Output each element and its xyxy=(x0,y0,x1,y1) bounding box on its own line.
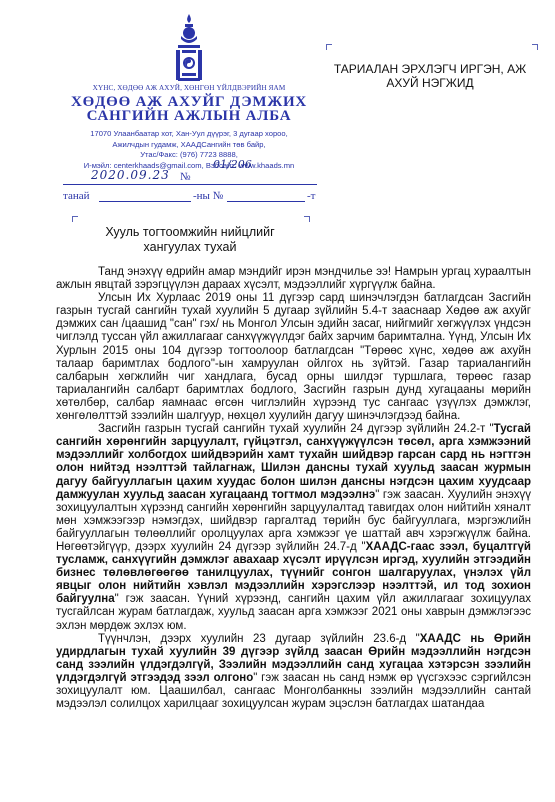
addressee-bracket-left xyxy=(326,44,332,50)
number-label: № xyxy=(180,171,191,183)
your-number-blank xyxy=(227,190,305,202)
yours-label: танай xyxy=(63,190,89,202)
text-span: " гэж заасан. Үүний хүрээнд, сангийн цах… xyxy=(56,593,531,631)
addressee-line1: ТАРИАЛАН ЭРХЛЭГЧ ИРГЭН, АЖ xyxy=(320,62,540,76)
address-line: Ажилчдын гудамж, ХААДСангийн төв байр, xyxy=(58,140,320,151)
your-date-blank xyxy=(99,190,191,202)
text-span: Засгийн газрын тусгай сангийн тухай хуул… xyxy=(98,423,494,435)
paragraph-debt: Түүнчлэн, дээрх хуулийн 23 дугаар зүйлий… xyxy=(56,633,531,712)
org-name-line2: САНГИЙН АЖЛЫН АЛБА xyxy=(58,109,320,123)
letter-number: 01/206 xyxy=(213,158,252,171)
subject: Хууль тогтоомжийн нийцлийг хангуулах тух… xyxy=(70,225,310,255)
addressee: ТАРИАЛАН ЭРХЛЭГЧ ИРГЭН, АЖ АХУЙ НЭГЖИД xyxy=(320,62,540,90)
paragraph-greeting: Танд энэхүү өдрийн амар мэндийг ирэн мэн… xyxy=(56,266,531,292)
phone-line: Утас/Факс: (976) 7723 8888, xyxy=(58,150,320,161)
addressee-line2: АХУЙ НЭГЖИД xyxy=(320,76,540,90)
subject-bracket-left xyxy=(72,216,78,222)
ministry-name: ХҮНС, ХӨДӨӨ АЖ АХУЙ, ХӨНГӨН ҮЙЛДВЭРИЙН Я… xyxy=(58,84,320,92)
your-reference-line: танай -ны № -т xyxy=(63,190,317,204)
yours-mid-label: -ны № xyxy=(193,190,223,202)
subject-line2: хангуулах тухай xyxy=(70,240,310,255)
paragraph-law-basis: Улсын Их Хурлаас 2019 оны 11 дүгээр сард… xyxy=(56,292,531,423)
paragraph-transparency: Засгийн газрын тусгай сангийн тухай хуул… xyxy=(56,423,531,633)
subject-line1: Хууль тогтоомжийн нийцлийг xyxy=(70,225,310,240)
org-name: ХӨДӨӨ АЖ АХУЙГ ДЭМЖИХ САНГИЙН АЖЛЫН АЛБА xyxy=(58,95,320,123)
reference-line: 2020.09.23 № 01/206 xyxy=(63,170,317,185)
letterhead: ХҮНС, ХӨДӨӨ АЖ АХУЙ, ХӨНГӨН ҮЙЛДВЭРИЙН Я… xyxy=(58,12,320,171)
letter-date: 2020.09.23 xyxy=(91,168,170,182)
address-line: 17070 Улаанбаатар хот, Хан-Уул дүүрэг, 3… xyxy=(58,129,320,140)
org-name-line1: ХӨДӨӨ АЖ АХУЙГ ДЭМЖИХ xyxy=(58,95,320,109)
addressee-bracket-right xyxy=(532,44,538,50)
yours-end-label: -т xyxy=(307,190,315,202)
letter-body: Танд энэхүү өдрийн амар мэндийг ирэн мэн… xyxy=(56,266,531,711)
org-address: 17070 Улаанбаатар хот, Хан-Уул дүүрэг, 3… xyxy=(58,129,320,171)
text-span: Түүнчлэн, дээрх хуулийн 23 дугаар зүйлий… xyxy=(98,633,420,645)
subject-bracket-right xyxy=(304,216,310,222)
soyombo-emblem-icon xyxy=(174,12,204,82)
